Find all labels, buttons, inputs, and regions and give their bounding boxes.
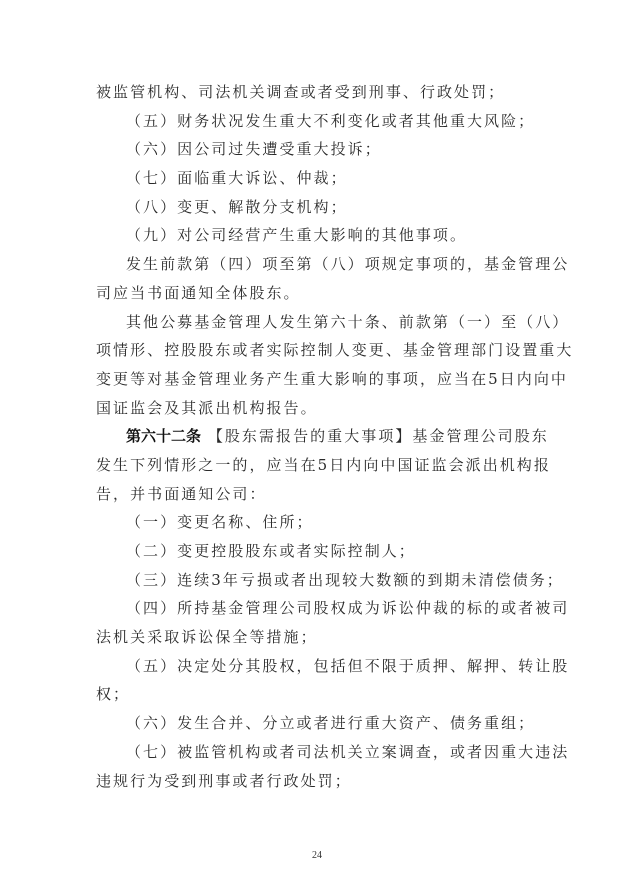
list-item-continuation: 法机关采取诉讼保全等措施； (96, 623, 539, 652)
article-title-text: 【股东需报告的重大事项】基金管理公司股东 (201, 427, 549, 445)
list-item: （二）变更控股股东或者实际控制人； (96, 537, 539, 566)
article-heading-line: 第六十二条 【股东需报告的重大事项】基金管理公司股东 (96, 422, 539, 451)
list-item: （四）所持基金管理公司股权成为诉讼仲裁的标的或者被司 (96, 594, 539, 623)
paragraph-line: 司应当书面通知全体股东。 (96, 279, 539, 308)
text-line: 被监管机构、司法机关调查或者受到刑事、行政处罚； (96, 78, 539, 107)
list-item: （八）变更、解散分支机构； (96, 193, 539, 222)
paragraph-line: 变更等对基金管理业务产生重大影响的事项，应当在5日内向中 (96, 365, 539, 394)
list-item-continuation: 权； (96, 680, 539, 709)
paragraph-line: 发生前款第（四）项至第（八）项规定事项的，基金管理公 (96, 250, 539, 279)
paragraph-line: 其他公募基金管理人发生第六十条、前款第（一）至（八） (96, 308, 539, 337)
paragraph-line: 发生下列情形之一的，应当在5日内向中国证监会派出机构报 (96, 451, 539, 480)
list-item: （六）因公司过失遭受重大投诉； (96, 135, 539, 164)
list-item: （九）对公司经营产生重大影响的其他事项。 (96, 221, 539, 250)
list-item: （五）财务状况发生重大不利变化或者其他重大风险； (96, 107, 539, 136)
list-item-continuation: 违规行为受到刑事或者行政处罚； (96, 767, 539, 796)
list-item: （七）面临重大诉讼、仲裁； (96, 164, 539, 193)
list-item: （三）连续3年亏损或者出现较大数额的到期未清偿债务； (96, 566, 539, 595)
list-item: （一）变更名称、住所； (96, 508, 539, 537)
paragraph-line: 告，并书面通知公司： (96, 480, 539, 509)
document-page: 被监管机构、司法机关调查或者受到刑事、行政处罚； （五）财务状况发生重大不利变化… (96, 78, 539, 795)
page-number: 24 (0, 850, 634, 861)
list-item: （七）被监管机构或者司法机关立案调查，或者因重大违法 (96, 738, 539, 767)
paragraph-line: 项情形、控股股东或者实际控制人变更、基金管理部门设置重大 (96, 336, 539, 365)
list-item: （六）发生合并、分立或者进行重大资产、债务重组； (96, 709, 539, 738)
list-item: （五）决定处分其股权，包括但不限于质押、解押、转让股 (96, 652, 539, 681)
article-number: 第六十二条 (126, 427, 201, 445)
paragraph-line: 国证监会及其派出机构报告。 (96, 394, 539, 423)
